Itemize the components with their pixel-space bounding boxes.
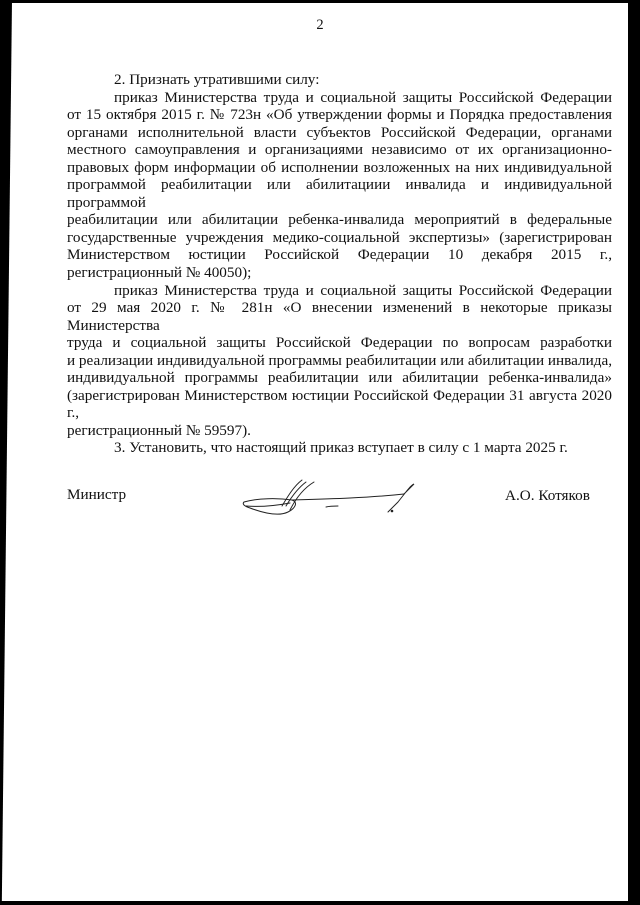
order-2-line: и реализации индивидуальной программы ре… — [67, 352, 612, 370]
order-2-line: регистрационный № 59597). — [67, 422, 612, 440]
order-1-line: правовых форм информации об исполнении в… — [67, 159, 612, 177]
scan-border-right — [628, 0, 640, 905]
order-2-line: труда и социальной защиты Российской Фед… — [67, 334, 612, 352]
item-2-heading: 2. Признать утратившими силу: — [67, 71, 612, 89]
order-2-line: приказ Министерства труда и социальной з… — [67, 282, 612, 300]
handwritten-signature-icon — [238, 476, 418, 522]
signatory-title: Министр — [67, 486, 126, 504]
order-1-line: государственные учреждения медико-социал… — [67, 229, 612, 247]
item-3-effective-date: 3. Установить, что настоящий приказ всту… — [67, 439, 612, 457]
order-1-line: реабилитации или абилитации ребенка-инва… — [67, 211, 612, 229]
order-1-line: от 15 октября 2015 г. № 723н «Об утвержд… — [67, 106, 612, 124]
order-1-line: программой реабилитации или абилитациии … — [67, 176, 612, 211]
repealed-order-2: приказ Министерства труда и социальной з… — [67, 282, 612, 440]
order-1-line: органами исполнительной власти субъектов… — [67, 124, 612, 142]
order-2-line: (зарегистрирован Министерством юстиции Р… — [67, 387, 612, 422]
order-2-line: индивидуальной программы реабилитации ил… — [67, 369, 612, 387]
order-2-line: от 29 мая 2020 г. № 281н «О внесении изм… — [67, 299, 612, 334]
scan-border-bottom — [0, 901, 640, 905]
order-1-line: регистрационный № 40050); — [67, 264, 612, 282]
signatory-name: А.О. Котяков — [505, 487, 590, 505]
document-body: 2. Признать утратившими силу: приказ Мин… — [67, 71, 612, 457]
scan-border-left — [0, 0, 12, 905]
order-1-line: Министерством юстиции Российской Федерац… — [67, 246, 612, 264]
signature-block: Министр А.О. Котяков — [0, 484, 640, 524]
order-1-line: местного самоуправления и организациями … — [67, 141, 612, 159]
order-1-line: приказ Министерства труда и социальной з… — [67, 89, 612, 107]
scan-border-top — [0, 0, 640, 3]
page-number: 2 — [0, 17, 640, 34]
repealed-order-1: приказ Министерства труда и социальной з… — [67, 89, 612, 282]
